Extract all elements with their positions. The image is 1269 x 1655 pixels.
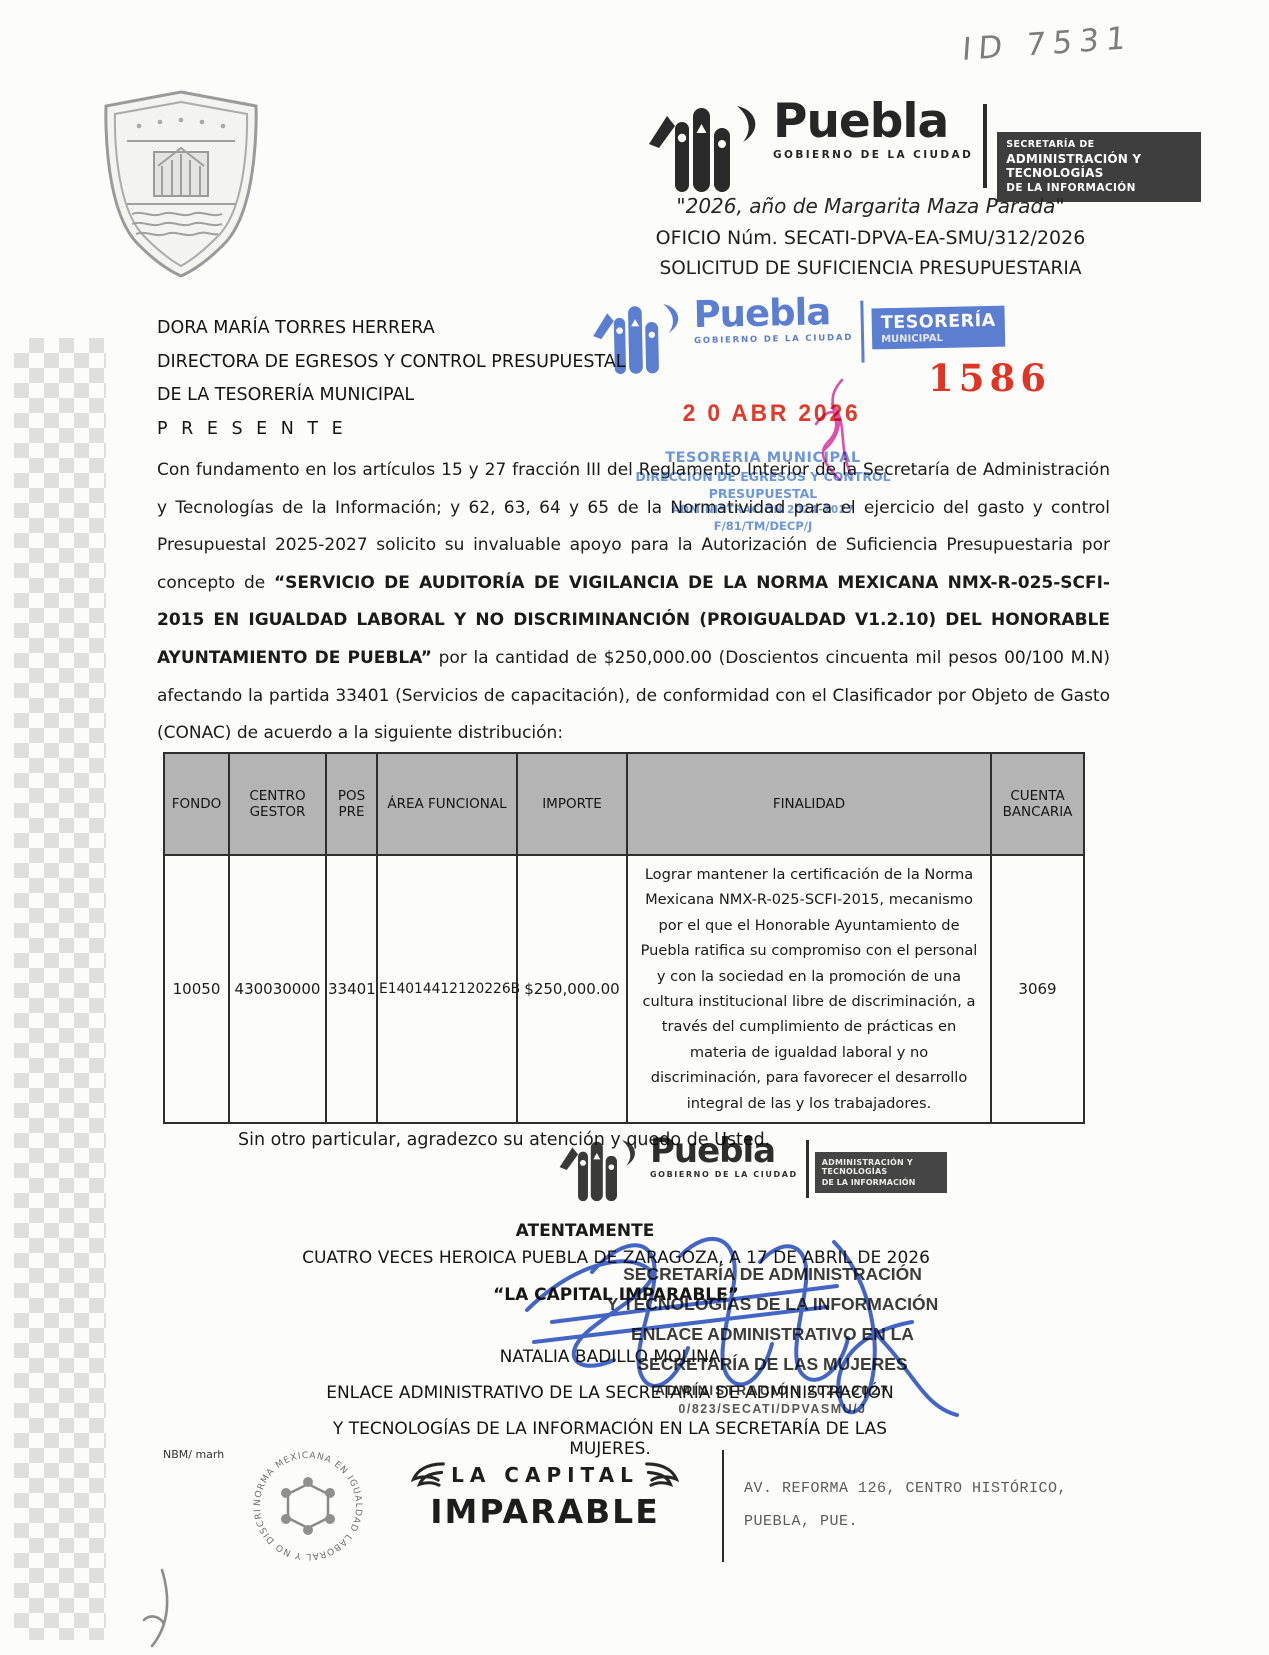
cell-centro-gestor: 430030000 [229, 855, 326, 1123]
budget-distribution-table: FONDO CENTRO GESTOR POS PRE ÁREA FUNCION… [163, 752, 1085, 1124]
scanned-oficio-document: ID 7531 Puebla GOBIERNO DE LA CIUDAD SEC… [0, 0, 1269, 1655]
folio-number-stamp: 1586 [928, 356, 1051, 400]
puebla-header-logo: Puebla GOBIERNO DE LA CIUDAD SECRETARÍA … [645, 100, 1201, 202]
right-wing-icon [645, 1460, 679, 1490]
table-row: 10050 430030000 33401 E14014412120226B $… [164, 855, 1084, 1123]
address-line2: PUEBLA, PUE. [744, 1505, 1067, 1538]
agency-line3: DE LA INFORMACIÓN [1006, 182, 1192, 194]
tesoreria-label: TESORERÍA [881, 311, 996, 333]
agency-box: SECRETARÍA DE ADMINISTRACIÓN Y TECNOLOGÍ… [997, 132, 1201, 202]
puebla-wordmark: Puebla [773, 100, 973, 143]
signer-title-line2: Y TECNOLOGÍAS DE LA INFORMACIÓN EN LA SE… [290, 1419, 930, 1459]
sati-box-line1: ADMINISTRACIÓN Y TECNOLOGÍAS [822, 1158, 940, 1176]
capital-imparable-logo: LA CAPITAL IMPARABLE [392, 1460, 698, 1531]
agency-line2: ADMINISTRACIÓN Y TECNOLOGÍAS [1006, 152, 1192, 180]
footer-divider [722, 1450, 724, 1562]
body-paragraph: Con fundamento en los artículos 15 y 27 … [157, 452, 1110, 753]
tesoreria-stamp-divider [860, 301, 864, 363]
sati-stamp: Puebla GOBIERNO DE LA CIUDAD ADMINISTRAC… [556, 1136, 947, 1204]
sati-stamp-box: ADMINISTRACIÓN Y TECNOLOGÍAS DE LA INFOR… [815, 1152, 947, 1193]
signer-name: NATALIA BADILLO MOLINA [290, 1347, 930, 1367]
cell-importe: $250,000.00 [517, 855, 627, 1123]
recipient-presente: P R E S E N T E [157, 413, 626, 447]
col-header-cuenta-bancaria: CUENTA BANCARIA [991, 753, 1084, 855]
col-header-pos-pre: POS PRE [326, 753, 377, 855]
tesoreria-stamp-icon [589, 298, 689, 378]
cell-pos-pre: 33401 [326, 855, 377, 1123]
table-header-row: FONDO CENTRO GESTOR POS PRE ÁREA FUNCION… [164, 753, 1084, 855]
puebla-landmarks-icon [645, 100, 767, 196]
agency-line1: SECRETARÍA DE [1006, 139, 1192, 150]
left-wing-icon [411, 1460, 445, 1490]
left-ornament-border [14, 338, 106, 1640]
tesoreria-stamp-wordmark: Puebla [693, 295, 853, 332]
col-header-centro-gestor: CENTRO GESTOR [229, 753, 326, 855]
municipal-crest-icon [92, 86, 270, 282]
recipient-title2: DE LA TESORERÍA MUNICIPAL [157, 379, 626, 413]
handwritten-id-note: ID 7531 [961, 20, 1134, 68]
recipient-title1: DIRECTORA DE EGRESOS Y CONTROL PRESUPUES… [157, 346, 626, 380]
reference-initials: NBM/ marh [163, 1448, 224, 1461]
col-header-finalidad: FINALIDAD [627, 753, 991, 855]
cell-area-funcional: E14014412120226B [377, 855, 517, 1123]
capital-logo-line2: IMPARABLE [392, 1492, 698, 1531]
pencil-mark [136, 1564, 182, 1655]
igualdad-laboral-seal: NORMA MEXICANA EN IGUALDAD LABORAL Y NO … [246, 1444, 370, 1568]
cell-cuenta-bancaria: 3069 [991, 855, 1084, 1123]
puebla-tagline: GOBIERNO DE LA CIUDAD [773, 149, 973, 161]
sati-stamp-tagline: GOBIERNO DE LA CIUDAD [650, 1170, 798, 1179]
oficio-number: OFICIO Núm. SECATI-DPVA-EA-SMU/312/2026 [618, 227, 1123, 249]
municipal-label: MUNICIPAL [881, 332, 996, 345]
cell-fondo: 10050 [164, 855, 229, 1123]
col-header-area-funcional: ÁREA FUNCIONAL [377, 753, 517, 855]
sati-stamp-icon [556, 1136, 644, 1204]
seal-ring-text: NORMA MEXICANA EN IGUALDAD LABORAL Y NO … [246, 1444, 363, 1561]
col-header-importe: IMPORTE [517, 753, 627, 855]
tesoreria-stamp-tagline: GOBIERNO DE LA CIUDAD [694, 333, 853, 346]
recipient-block: DORA MARÍA TORRES HERRERA DIRECTORA DE E… [157, 312, 626, 446]
logo-divider [983, 104, 987, 188]
col-header-fondo: FONDO [164, 753, 229, 855]
recipient-name: DORA MARÍA TORRES HERRERA [157, 312, 626, 346]
signer-title-line1: ENLACE ADMINISTRATIVO DE LA SECRETARÍA D… [290, 1383, 930, 1403]
year-legend: "2026, año de Margarita Maza Parada" [618, 194, 1123, 218]
svg-text:NORMA MEXICANA EN IGUALDAD LAB: NORMA MEXICANA EN IGUALDAD LABORAL Y NO … [246, 1444, 363, 1561]
sati-stamp-wordmark: Puebla [650, 1136, 798, 1167]
footer-address: AV. REFORMA 126, CENTRO HISTÓRICO, PUEBL… [744, 1472, 1067, 1538]
sati-stamp-divider [806, 1140, 809, 1198]
capital-logo-line1: LA CAPITAL [451, 1463, 639, 1487]
sati-box-line2: DE LA INFORMACIÓN [822, 1178, 940, 1187]
document-subject: SOLICITUD DE SUFICIENCIA PRESUPUESTARIA [618, 258, 1123, 279]
cell-finalidad: Lograr mantener la certificación de la N… [627, 855, 991, 1123]
tesoreria-stamp-box: TESORERÍA MUNICIPAL [872, 306, 1006, 350]
address-line1: AV. REFORMA 126, CENTRO HISTÓRICO, [744, 1472, 1067, 1505]
